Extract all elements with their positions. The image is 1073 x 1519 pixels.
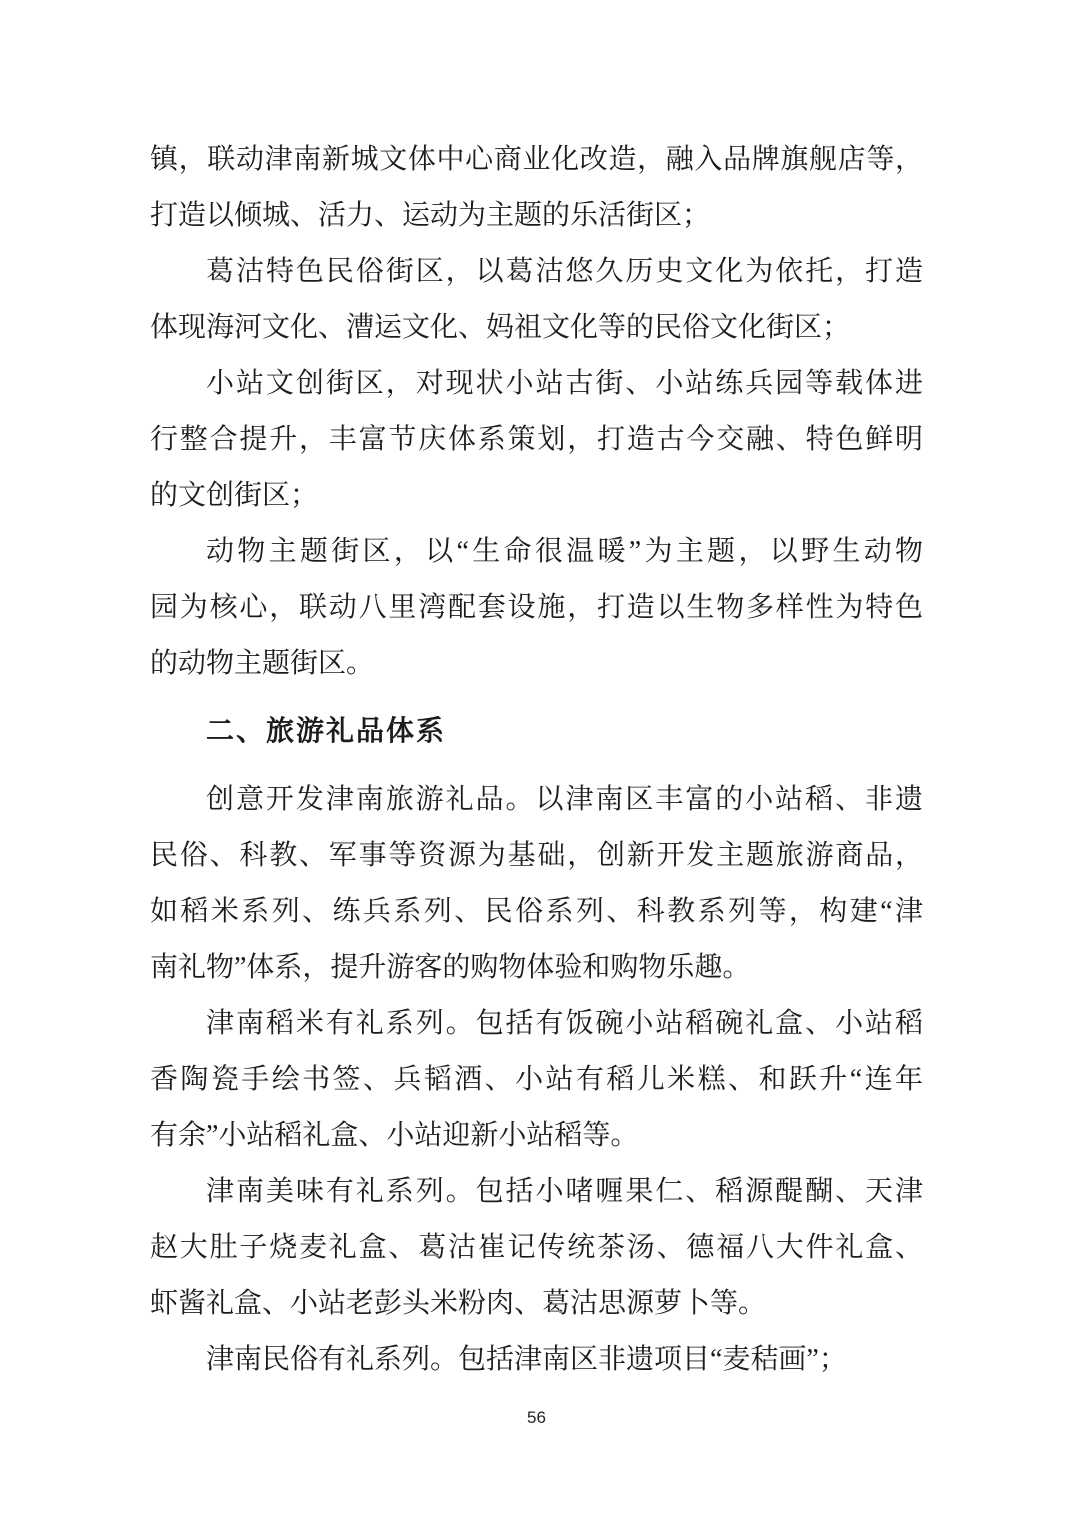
text-line: 虾酱礼盒、小站老彭头米粉肉、葛沽思源萝卜等。 <box>150 1276 923 1332</box>
text-line: 创意开发津南旅游礼品。以津南区丰富的小站稻、非遗 <box>150 772 923 828</box>
paragraph: 津南美味有礼系列。包括小啫喱果仁、稻源醍醐、天津 赵大肚子烧麦礼盒、葛沽崔记传统… <box>150 1164 923 1332</box>
text-line: 赵大肚子烧麦礼盒、葛沽崔记传统茶汤、德福八大件礼盒、 <box>150 1220 923 1276</box>
text-line: 香陶瓷手绘书签、兵韬酒、小站有稻儿米糕、和跃升“连年 <box>150 1052 923 1108</box>
section-heading: 二、旅游礼品体系 <box>150 704 923 760</box>
paragraph: 创意开发津南旅游礼品。以津南区丰富的小站稻、非遗 民俗、科教、军事等资源为基础，… <box>150 772 923 996</box>
paragraph: 津南稻米有礼系列。包括有饭碗小站稻碗礼盒、小站稻 香陶瓷手绘书签、兵韬酒、小站有… <box>150 996 923 1164</box>
text-line: 葛沽特色民俗街区，以葛沽悠久历史文化为依托，打造 <box>150 244 923 300</box>
text-line: 南礼物”体系，提升游客的购物体验和购物乐趣。 <box>150 940 923 996</box>
paragraph: 津南民俗有礼系列。包括津南区非遗项目“麦秸画”； <box>150 1332 923 1388</box>
text-line: 打造以倾城、活力、运动为主题的乐活街区； <box>150 188 923 244</box>
paragraph: 小站文创街区，对现状小站古街、小站练兵园等载体进 行整合提升，丰富节庆体系策划，… <box>150 356 923 524</box>
paragraph: 动物主题街区，以“生命很温暖”为主题，以野生动物 园为核心，联动八里湾配套设施，… <box>150 524 923 692</box>
text-line: 津南民俗有礼系列。包括津南区非遗项目“麦秸画”； <box>150 1332 923 1388</box>
page-footer: 56 <box>0 1403 1073 1433</box>
page-number: 56 <box>527 1408 546 1427</box>
text-line: 镇，联动津南新城文体中心商业化改造，融入品牌旗舰店等， <box>150 132 923 188</box>
text-line: 有余”小站稻礼盒、小站迎新小站稻等。 <box>150 1108 923 1164</box>
text-line: 的动物主题街区。 <box>150 636 923 692</box>
text-line: 体现海河文化、漕运文化、妈祖文化等的民俗文化街区； <box>150 300 923 356</box>
text-line: 小站文创街区，对现状小站古街、小站练兵园等载体进 <box>150 356 923 412</box>
text-line: 津南稻米有礼系列。包括有饭碗小站稻碗礼盒、小站稻 <box>150 996 923 1052</box>
text-line: 动物主题街区，以“生命很温暖”为主题，以野生动物 <box>150 524 923 580</box>
document-page: 镇，联动津南新城文体中心商业化改造，融入品牌旗舰店等， 打造以倾城、活力、运动为… <box>0 0 1073 1519</box>
text-line: 行整合提升，丰富节庆体系策划，打造古今交融、特色鲜明 <box>150 412 923 468</box>
paragraph: 镇，联动津南新城文体中心商业化改造，融入品牌旗舰店等， 打造以倾城、活力、运动为… <box>150 132 923 244</box>
paragraph: 葛沽特色民俗街区，以葛沽悠久历史文化为依托，打造 体现海河文化、漕运文化、妈祖文… <box>150 244 923 356</box>
text-line: 民俗、科教、军事等资源为基础，创新开发主题旅游商品， <box>150 828 923 884</box>
section-heading-paragraph: 二、旅游礼品体系 <box>150 704 923 760</box>
text-line: 园为核心，联动八里湾配套设施，打造以生物多样性为特色 <box>150 580 923 636</box>
page-body-text: 镇，联动津南新城文体中心商业化改造，融入品牌旗舰店等， 打造以倾城、活力、运动为… <box>0 0 1073 1388</box>
text-line: 津南美味有礼系列。包括小啫喱果仁、稻源醍醐、天津 <box>150 1164 923 1220</box>
text-line: 如稻米系列、练兵系列、民俗系列、科教系列等，构建“津 <box>150 884 923 940</box>
text-line: 的文创街区； <box>150 468 923 524</box>
